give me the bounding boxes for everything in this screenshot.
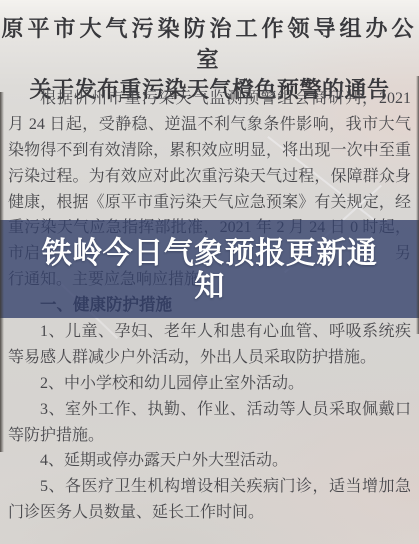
doc-line: 染物得不到有效清除，累积效应明显，将出现一次中至重度 [8, 138, 411, 164]
doc-line: 门诊医务人员数量、延长工作时间。 [8, 500, 411, 526]
overlay-title-banner: 铁岭今日气象预报更新通知 [0, 220, 419, 318]
doc-line: 1、儿童、孕妇、老年人和患有心血管、呼吸系统疾病 [8, 319, 411, 345]
doc-line: 月 24 日起，受静稳、逆温不利气象条件影响，我市大气污 [8, 112, 411, 138]
photo-edge-shadow-left [0, 92, 4, 452]
article-image: 原平市大气污染防治工作领导组办公室 关于发布重污染天气橙色预警的通告 根据忻州市… [0, 0, 419, 544]
doc-line: 等易感人群减少户外活动，外出人员采取防护措施。 [8, 345, 411, 371]
document-photo-paper: 原平市大气污染防治工作领导组办公室 关于发布重污染天气橙色预警的通告 根据忻州市… [0, 0, 419, 544]
document-title-line1: 原平市大气污染防治工作领导组办公室 [0, 13, 419, 75]
overlay-title-text: 铁岭今日气象预报更新通知 [34, 237, 386, 303]
doc-line: 5、各医疗卫生机构增设相关疾病门诊，适当增加急诊、 [8, 474, 411, 500]
doc-line: 2、中小学校和幼儿园停止室外活动。 [8, 371, 411, 397]
doc-line: 3、室外工作、执勤、作业、活动等人员采取佩戴口罩 [8, 397, 411, 423]
doc-line: 等防护措施。 [8, 423, 411, 449]
doc-line: 健康，根据《原平市重污染天气应急预案》有关规定，经市 [8, 190, 411, 216]
doc-line: 污染过程。为有效应对此次重污染天气过程，保障群众身体 [8, 164, 411, 190]
doc-line: 4、延期或停办露天户外大型活动。 [8, 448, 411, 474]
doc-line: 根据忻州市重污染天气监测预警组会商研判，2021 年 2 [8, 86, 411, 112]
